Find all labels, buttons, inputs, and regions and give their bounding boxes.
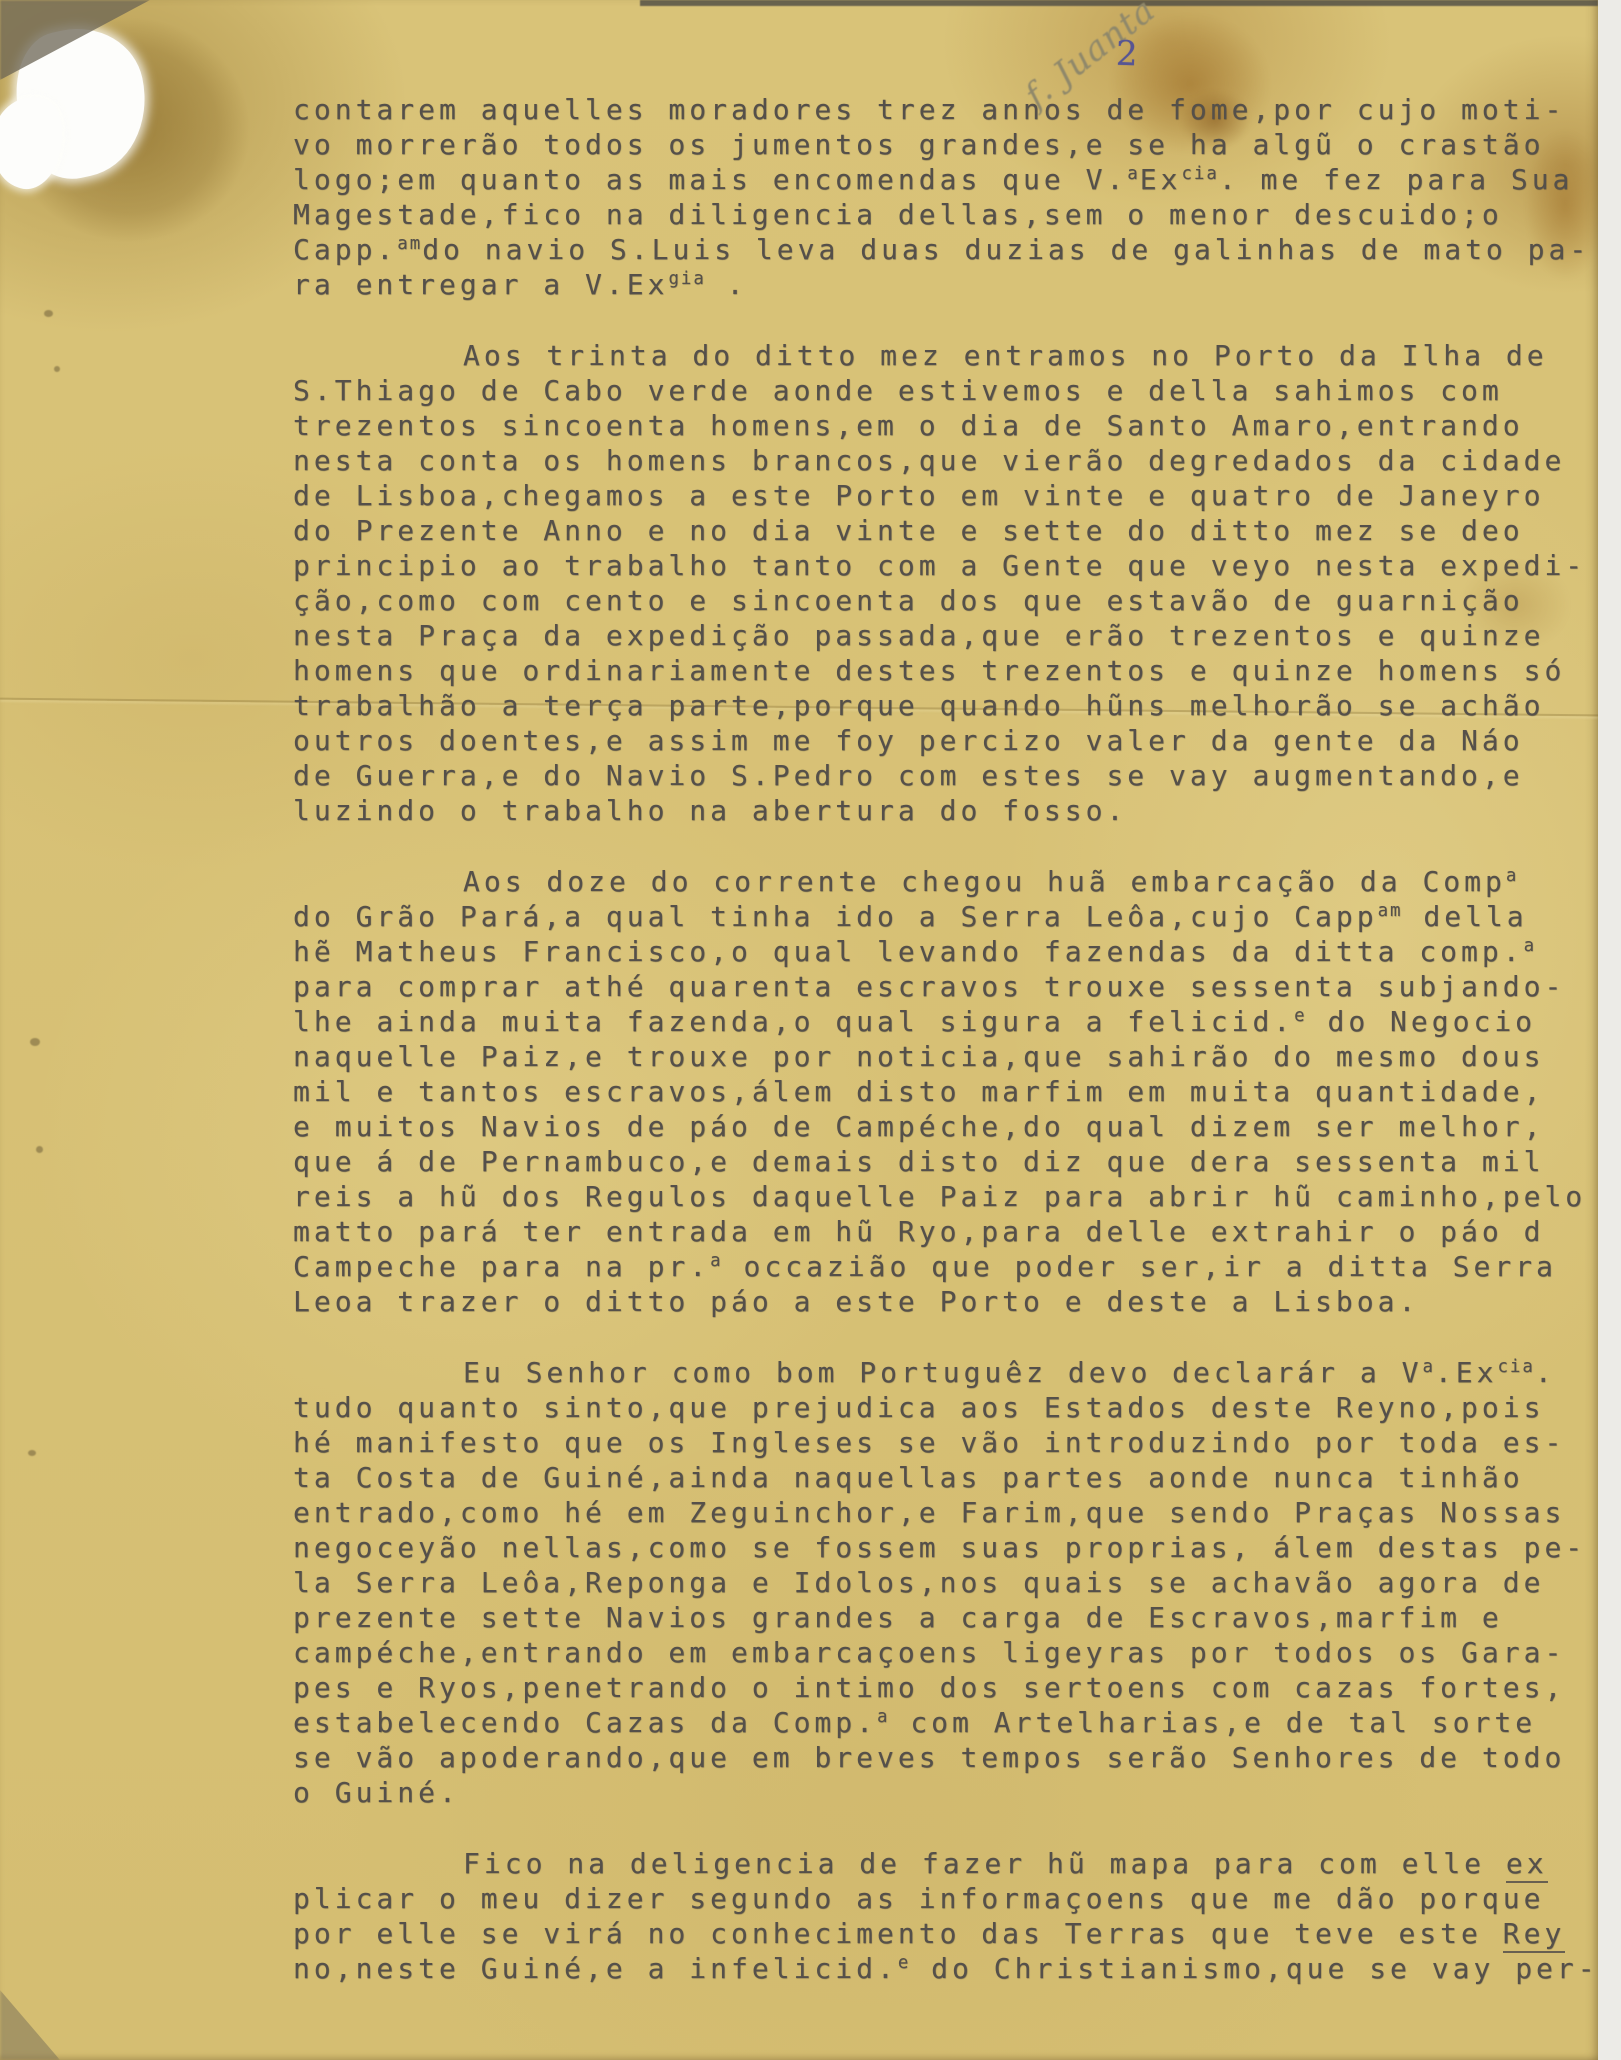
document-line: campéche,entrando em embarcaçoens ligeyr… bbox=[293, 1635, 1598, 1670]
document-line: do Prezente Anno e no dia vinte e sette … bbox=[293, 513, 1598, 548]
document-line: do Grão Pará,a qual tinha ido a Serra Le… bbox=[293, 899, 1598, 934]
document-line: Eu Senhor como bom Portuguêz devo declar… bbox=[293, 1355, 1598, 1390]
document-line: contarem aquelles moradores trez annos d… bbox=[293, 92, 1598, 127]
paragraph: contarem aquelles moradores trez annos d… bbox=[293, 92, 1598, 302]
document-line: para comprar athé quarenta escravos trou… bbox=[293, 969, 1598, 1004]
page-number: 2 bbox=[1115, 34, 1138, 75]
document-line: trezentos sincoenta homens,em o dia de S… bbox=[293, 408, 1598, 443]
document-line: por elle se virá no conhecimento das Ter… bbox=[293, 1916, 1598, 1951]
document-line: prezente sette Navios grandes a carga de… bbox=[293, 1600, 1598, 1635]
document-line: estabelecendo Cazas da Comp.a com Artelh… bbox=[293, 1705, 1598, 1740]
document-line: ção,como com cento e sincoenta dos que e… bbox=[293, 583, 1598, 618]
document-line: Magestade,fico na diligencia dellas,sem … bbox=[293, 197, 1598, 232]
paragraph: Eu Senhor como bom Portuguêz devo declar… bbox=[293, 1355, 1598, 1810]
document-line: negoceyão nellas,como se fossem suas pro… bbox=[293, 1530, 1598, 1565]
document-line: vo morrerão todos os jumentos grandes,e … bbox=[293, 127, 1598, 162]
document-line: S.Thiago de Cabo verde aonde estivemos e… bbox=[293, 373, 1598, 408]
document-line: mil e tantos escravos,álem disto marfim … bbox=[293, 1074, 1598, 1109]
document-line: de Guerra,e do Navio S.Pedro com estes s… bbox=[293, 758, 1598, 793]
document-line: hẽ Matheus Francisco,o qual levando faze… bbox=[293, 934, 1598, 969]
paragraph: Aos trinta do ditto mez entramos no Port… bbox=[293, 338, 1598, 828]
document-line: Fico na deligencia de fazer hũ mapa para… bbox=[293, 1846, 1598, 1881]
document-line: nesta conta os homens brancos,que vierão… bbox=[293, 443, 1598, 478]
document-line: Campeche para na pr.a occazião que poder… bbox=[293, 1249, 1598, 1284]
document-line: principio ao trabalho tanto com a Gente … bbox=[293, 548, 1598, 583]
document-line: hé manifesto que os Ingleses se vão intr… bbox=[293, 1425, 1598, 1460]
document-line: ra entregar a V.Exgia . bbox=[293, 267, 1598, 302]
ink-speck bbox=[44, 310, 53, 317]
document-line: logo;em quanto as mais encomendas que V.… bbox=[293, 162, 1598, 197]
document-line: se vão apoderando,que em breves tempos s… bbox=[293, 1740, 1598, 1775]
document-line: entrado,como hé em Zeguinchor,e Farim,qu… bbox=[293, 1495, 1598, 1530]
document-line: nesta Praça da expedição passada,que erã… bbox=[293, 618, 1598, 653]
ink-speck bbox=[30, 1038, 40, 1046]
document-line: tudo quanto sinto,que prejudica aos Esta… bbox=[293, 1390, 1598, 1425]
document-line: luzindo o trabalho na abertura do fosso. bbox=[293, 793, 1598, 828]
document-line: Capp.amdo navio S.Luis leva duas duzias … bbox=[293, 232, 1598, 267]
document-line: e muitos Navios de páo de Campéche,do qu… bbox=[293, 1109, 1598, 1144]
ink-speck bbox=[36, 1146, 43, 1153]
document-line: pes e Ryos,penetrando o intimo dos serto… bbox=[293, 1670, 1598, 1705]
document-line: outros doentes,e assim me foy percizo va… bbox=[293, 723, 1598, 758]
document-line: plicar o meu dizer segundo as informaçoe… bbox=[293, 1881, 1598, 1916]
document-line: trabalhão a terça parte,porque quando hũ… bbox=[293, 688, 1598, 723]
document-line: Aos doze do corrente chegou huã embarcaç… bbox=[293, 864, 1598, 899]
document-text: contarem aquelles moradores trez annos d… bbox=[293, 92, 1598, 1986]
document-line: matto pará ter entrada em hũ Ryo,para de… bbox=[293, 1214, 1598, 1249]
document-line: Aos trinta do ditto mez entramos no Port… bbox=[293, 338, 1598, 373]
document-page: f. Juanta 2 contarem aquelles moradores … bbox=[0, 0, 1598, 2060]
document-line: reis a hũ dos Regulos daquelle Paiz para… bbox=[293, 1179, 1598, 1214]
document-line: Leoa trazer o ditto páo a este Porto e d… bbox=[293, 1284, 1598, 1319]
document-line: no,neste Guiné,e a infelicid.e do Christ… bbox=[293, 1951, 1598, 1986]
document-line: naquelle Paiz,e trouxe por noticia,que s… bbox=[293, 1039, 1598, 1074]
document-line: o Guiné. bbox=[293, 1775, 1598, 1810]
ink-speck bbox=[54, 366, 60, 372]
document-line: de Lisboa,chegamos a este Porto em vinte… bbox=[293, 478, 1598, 513]
paragraph: Aos doze do corrente chegou huã embarcaç… bbox=[293, 864, 1598, 1319]
ink-speck bbox=[28, 1450, 36, 1456]
page-corner-shadow bbox=[0, 1990, 60, 2060]
document-line: la Serra Leôa,Reponga e Idolos,nos quais… bbox=[293, 1565, 1598, 1600]
document-line: lhe ainda muita fazenda,o qual sigura a … bbox=[293, 1004, 1598, 1039]
document-line: que á de Pernambuco,e demais disto diz q… bbox=[293, 1144, 1598, 1179]
document-line: homens que ordinariamente destes trezent… bbox=[293, 653, 1598, 688]
paragraph: Fico na deligencia de fazer hũ mapa para… bbox=[293, 1846, 1598, 1986]
document-line: ta Costa de Guiné,ainda naquellas partes… bbox=[293, 1460, 1598, 1495]
